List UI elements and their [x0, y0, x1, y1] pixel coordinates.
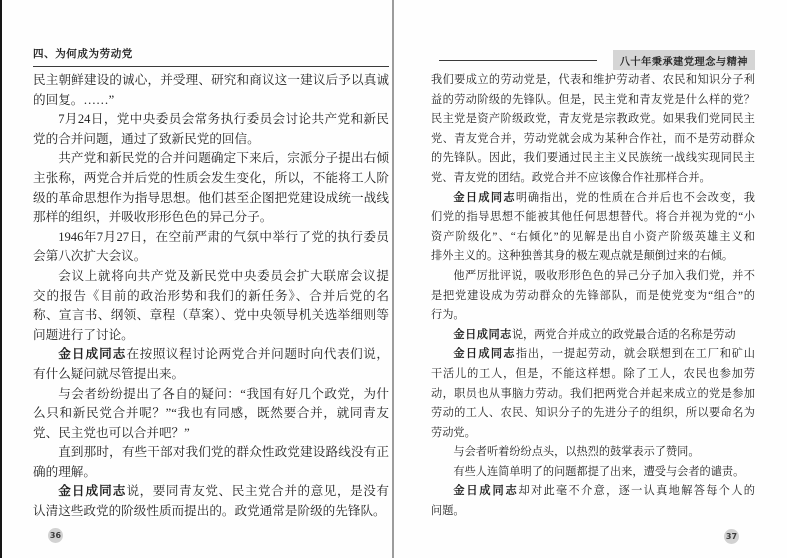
text-segment: 却对此毫不介意，逐一认真地解答每个人的	[518, 485, 755, 497]
text-line: 么只和新民党合并呢？”“我也有同感，既然要合并，就同青友	[33, 404, 389, 424]
text-line: 金日成同志明确指出，党的性质在合并后也不会改变，我	[431, 189, 755, 209]
text-line: 有些人连简单明了的问题都提了出来，遭受与会者的谴责。	[431, 463, 755, 483]
text-line: 益的劳动阶级的先锋队。但是，民主党和青友党是什么样的党？	[431, 91, 755, 111]
text-line: 劳动的工人、农民、知识分子的先进分子的组织，所以要命名为	[431, 404, 755, 424]
text-line: 与会者听着纷纷点头，以热烈的鼓掌表示了赞同。	[431, 443, 755, 463]
text-line: 行为。	[431, 306, 755, 326]
text-line: 有什么疑问就尽管提出来。	[33, 365, 389, 385]
text-line: 主张称，两党合并后党的性质会发生变化，所以，不能将工人阶	[33, 169, 389, 189]
leader-name: 金日成同志	[453, 348, 515, 360]
text-line: 金日成同志指出，一提起劳动，就会联想到在工厂和矿山	[431, 345, 755, 365]
text-line: 金日成同志说，两党合并成立的政党最合适的名称是劳动党。	[431, 326, 755, 346]
text-line: 劳动党。	[431, 424, 755, 444]
text-line: 确的理解。	[33, 463, 389, 483]
text-line: 金日成同志却对此毫不介意，逐一认真地解答每个人的	[431, 482, 755, 502]
text-line: 与会者纷纷提出了各自的疑问：“我国有好几个政党，为什	[33, 385, 389, 405]
text-line: 动，职员也从事脑力劳动。我们把两党合并起来成立的党是参加	[431, 385, 755, 405]
left-page-body: 民主朝鲜建设的诚心，并受理、研究和商议这一建议后予以真诚的回复。……”7月24日…	[33, 71, 389, 522]
running-head-rule	[439, 60, 597, 61]
right-page-body: 我们要成立的劳动党是，代表和维护劳动者、农民和知识分子利益的劳动阶级的先锋队。但…	[431, 71, 755, 522]
text-line: 的先锋队。因此，我们要通过民主主义民族统一战线实现同民主	[431, 149, 755, 169]
book-spread: 四、为何成为劳动党 民主朝鲜建设的诚心，并受理、研究和商议这一建议后予以真诚的回…	[0, 0, 787, 558]
running-head-chapter: 四、为何成为劳动党	[33, 46, 389, 67]
text-line: 党、青友党合并，劳动党就会成为某种合作社，而不是劳动群众	[431, 130, 755, 150]
running-head-book: 八十年秉承建党理念与精神	[431, 50, 755, 70]
page-number-badge: 37	[724, 529, 739, 544]
text-line: 会议上就将向共产党及新民党中央委员会扩大联席会议提	[33, 267, 389, 287]
text-line: 直到那时，有些干部对我们党的群众性政党建设路线没有正	[33, 443, 389, 463]
text-line: 金日成同志说，要同青友党、民主党合并的意见，是没有	[33, 482, 389, 502]
text-line: 资产阶级化”、“右倾化”的见解是出自小资产阶级英雄主义和	[431, 228, 755, 248]
text-line: 那样的组织，并吸收形形色色的异己分子。	[33, 208, 389, 228]
text-line: 称、宣言书、纲领、章程（草案）、党中央领导机关选举细则等	[33, 306, 389, 326]
text-line: 他严厉批评说，吸收形形色色的异己分子加入我们党，并不	[431, 267, 755, 287]
text-line: 民主党是资产阶级政党，青友党是宗教政党。如果我们党同民主	[431, 110, 755, 130]
leader-name: 金日成同志	[453, 329, 511, 341]
text-segment: 在按照议程讨论两党合并问题时向代表们说，	[126, 347, 389, 361]
right-page: 八十年秉承建党理念与精神 我们要成立的劳动党是，代表和维护劳动者、农民和知识分子…	[431, 0, 755, 558]
text-segment: 明确指出，党的性质在合并后也不会改变，我	[516, 192, 755, 204]
text-line: 民主朝鲜建设的诚心，并受理、研究和商议这一建议后予以真诚	[33, 71, 389, 91]
running-head-box: 八十年秉承建党理念与精神	[613, 50, 755, 70]
text-line: 共产党和新民党的合并问题确定下来后，宗派分子提出右倾	[33, 149, 389, 169]
text-line: 1946年7月27日，在空前严肃的气氛中举行了党的执行委员	[33, 228, 389, 248]
chapter-title: 四、为何成为劳动党	[33, 48, 133, 60]
text-line: 是把党建设成为劳动群众的先锋部队，而是使党变为“组合”的	[431, 287, 755, 307]
text-line: 们党的指导思想不能被其他任何思想替代。将合并视为党的“小	[431, 208, 755, 228]
text-line: 金日成同志在按照议程讨论两党合并问题时向代表们说，	[33, 345, 389, 365]
text-line: 认清这些政党的阶级性质而提出的。政党通常是阶级的先锋队。	[33, 502, 389, 522]
text-line: 问题进行了讨论。	[33, 326, 389, 346]
text-line: 排外主义的。这种独善其身的极左观点就是颠倒过来的右倾。	[431, 247, 755, 267]
spine-divider	[392, 0, 394, 558]
leader-name: 金日成同志	[453, 485, 518, 497]
text-line: 的回复。……”	[33, 91, 389, 111]
left-page: 四、为何成为劳动党 民主朝鲜建设的诚心，并受理、研究和商议这一建议后予以真诚的回…	[33, 0, 389, 558]
text-line: 交的报告《目前的政治形势和我们的新任务》、合并后党的名	[33, 287, 389, 307]
page-edge-line	[0, 0, 2, 558]
leader-name: 金日成同志	[58, 484, 126, 498]
text-segment: 说，要同青友党、民主党合并的意见，是没有	[126, 484, 389, 498]
text-line: 7月24日，党中央委员会常务执行委员会讨论共产党和新民	[33, 110, 389, 130]
text-line: 党、民主党也可以合并吧？”	[33, 424, 389, 444]
leader-name: 金日成同志	[453, 192, 515, 204]
page-number-badge: 36	[48, 528, 63, 543]
text-line: 会第八次扩大会议。	[33, 247, 389, 267]
text-line: 干活儿的工人，但是，不能这样想。除了工人，农民也参加劳	[431, 365, 755, 385]
text-line: 党的合并问题，通过了致新民党的回信。	[33, 130, 389, 150]
leader-name: 金日成同志	[58, 347, 126, 361]
text-line: 我们要成立的劳动党是，代表和维护劳动者、农民和知识分子利	[431, 71, 755, 91]
text-line: 问题。	[431, 502, 755, 522]
text-line: 党、青友党的团结。政党合并不应该像合作社那样合并。	[431, 169, 755, 189]
text-line: 级的革命思想作为指导思想。他们甚至企图把党建设成统一战线	[33, 189, 389, 209]
text-segment: 指出，一提起劳动，就会联想到在工厂和矿山	[516, 348, 755, 360]
